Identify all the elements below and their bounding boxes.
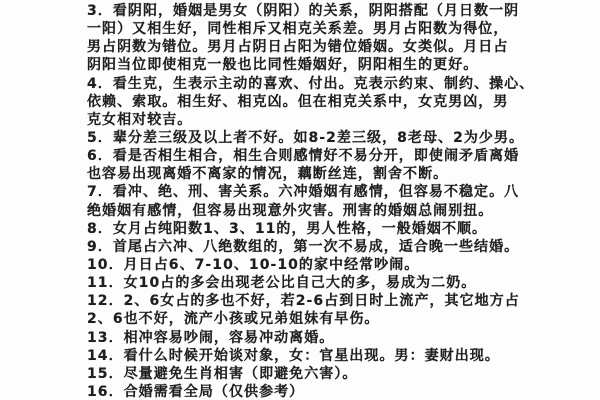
text-line: 3．看阴阳，婚姻是男女（阴阳）的关系，阴阳搭配（月日数一阴 bbox=[87, 2, 557, 20]
text-line: 也容易出现离婚不离家的情况，藕断丝连，割舍不断。 bbox=[87, 165, 557, 183]
text-line: 阴阳当位即使相克一般也比同性婚姻好，阴阳相生的更好。 bbox=[87, 56, 557, 74]
text-line: 4．看生克，生表示主动的喜欢、付出。克表示约束、制约、操心、 bbox=[87, 75, 557, 93]
text-line: 15．尽量避免生肖相害（即避免六害）。 bbox=[87, 365, 557, 383]
text-line: 13．相冲容易吵闹，容易冲动离婚。 bbox=[87, 329, 557, 347]
text-block: 3．看阴阳，婚姻是男女（阴阳）的关系，阴阳搭配（月日数一阴 一阳）又相生好，同性… bbox=[87, 2, 557, 400]
text-line: 绝婚姻有感情，但容易出现意外灾害。刑害的婚姻总闹别扭。 bbox=[87, 202, 557, 220]
text-line: 12．2、6女占的多也不好，若2-6占到日时上流产，其它地方占 bbox=[87, 292, 557, 310]
text-line: 一阳）又相生好，同性相斥又相克关系差。男月占阳数为得位， bbox=[87, 20, 557, 38]
text-line: 5．辈分差三级及以上者不好。如8-2差三级，8老母、2为少男。 bbox=[87, 129, 557, 147]
text-line: 9．首尾占六冲、八绝数组的，第一次不易成，适合晚一些结婚。 bbox=[87, 238, 557, 256]
text-line: 14．看什么时候开始谈对象，女：官星出现。男：妻财出现。 bbox=[87, 347, 557, 365]
text-line: 克女相对较吉。 bbox=[87, 111, 557, 129]
text-line: 男占阴数为错位。男月占阴日占阳为错位婚姻。女类似。月日占 bbox=[87, 38, 557, 56]
text-line: 依赖、索取。相生好、相克凶。但在相克关系中，女克男凶，男 bbox=[87, 93, 557, 111]
text-line: 6．看是否相生相合，相生合则感情好不易分开，即使闹矛盾离婚 bbox=[87, 147, 557, 165]
text-line: 7．看冲、绝、刑、害关系。六冲婚姻有感情，但容易不稳定。八 bbox=[87, 183, 557, 201]
text-line: 8．女月占纯阳数1、3、11的，男人性格，一般婚姻不顺。 bbox=[87, 220, 557, 238]
text-line: 2、6也不好，流产小孩或兄弟姐妹有早伤。 bbox=[87, 310, 557, 328]
document-page: 3．看阴阳，婚姻是男女（阴阳）的关系，阴阳搭配（月日数一阴 一阳）又相生好，同性… bbox=[0, 0, 600, 400]
text-line: 10．月日占6、7-10、10-10的家中经常吵闹。 bbox=[87, 256, 557, 274]
text-line-clipped: 16．合婚需看全局（仅供参考） bbox=[87, 383, 557, 400]
text-line: 11．女10占的多会出现老公比自己大的多，易成为二奶。 bbox=[87, 274, 557, 292]
